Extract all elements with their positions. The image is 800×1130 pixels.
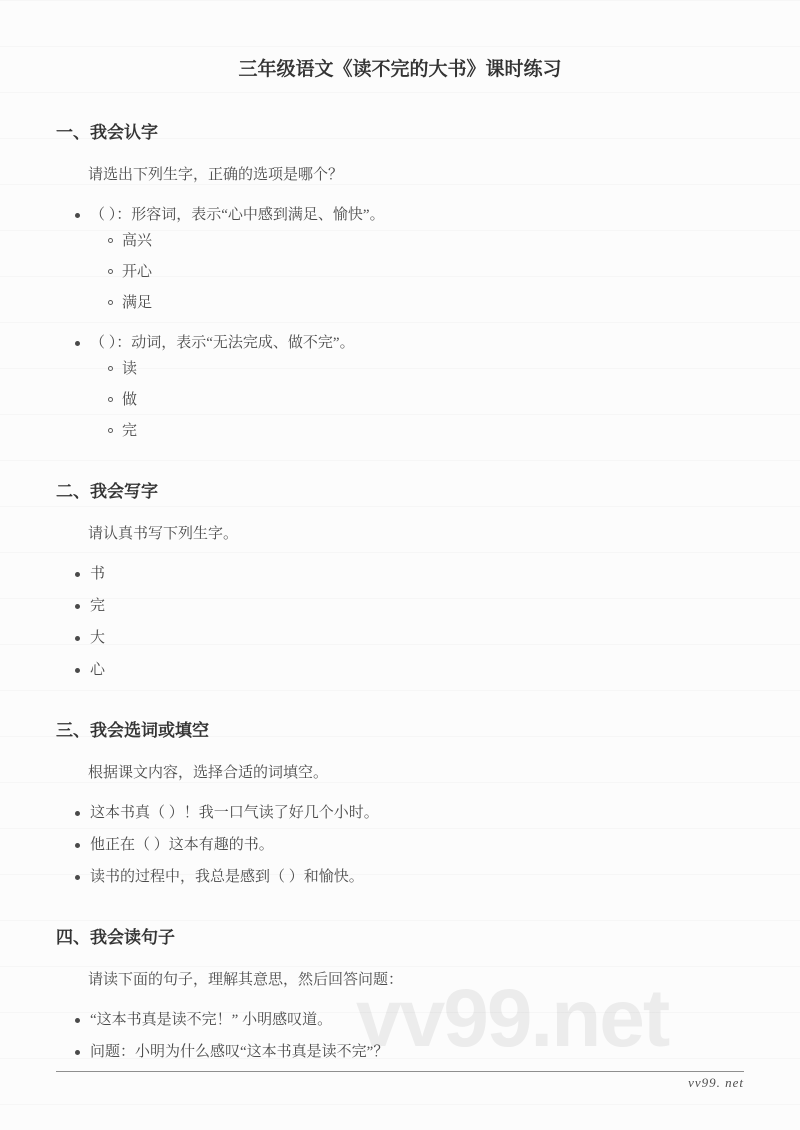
worksheet-section: 一、我会认字 请选出下列生字，正确的选项是哪个？ （ ）：形容词，表示“心中感到…: [56, 122, 744, 441]
list-item: “这本书真是读不完！” 小明感叹道。: [75, 1010, 744, 1030]
section-heading: 四、我会读句子: [56, 927, 744, 949]
item-text: 读书的过程中，我总是感到（ ）和愉快。: [90, 869, 364, 885]
item-text: （ ）：形容词，表示“心中感到满足、愉快”。: [90, 207, 385, 223]
option-text: 满足: [122, 293, 152, 313]
option-item: 满足: [108, 293, 744, 313]
option-list: 读 做 完: [108, 359, 744, 441]
section-heading: 二、我会写字: [56, 481, 744, 503]
bullet-dot-icon: [75, 843, 80, 848]
bullet-circle-icon: [108, 300, 113, 305]
list-item-body: 大: [90, 628, 744, 648]
bullet-dot-icon: [75, 341, 80, 346]
page-title: 三年级语文《读不完的大书》课时练习: [56, 58, 744, 82]
worksheet-section: 三、我会选词或填空 根据课文内容，选择合适的词填空。 这本书真（ ）！我一口气读…: [56, 720, 744, 887]
item-text: 他正在（ ）这本有趣的书。: [90, 837, 274, 853]
section-item-list: 书 完 大 心: [75, 564, 744, 680]
item-text: 完: [90, 598, 105, 614]
section-heading: 一、我会认字: [56, 122, 744, 144]
option-text: 高兴: [122, 231, 152, 251]
option-text: 读: [122, 359, 137, 379]
list-item: 书: [75, 564, 744, 584]
list-item-body: 他正在（ ）这本有趣的书。: [90, 835, 744, 855]
item-text: 书: [90, 566, 105, 582]
worksheet-page: vv99.net 三年级语文《读不完的大书》课时练习 一、我会认字 请选出下列生…: [0, 0, 800, 1130]
list-item-body: 心: [90, 660, 744, 680]
bullet-dot-icon: [75, 1050, 80, 1055]
bullet-dot-icon: [75, 1018, 80, 1023]
option-item: 读: [108, 359, 744, 379]
section-item-list: （ ）：形容词，表示“心中感到满足、愉快”。 高兴 开心 满足 （ ）：动词，表…: [75, 205, 744, 441]
option-text: 做: [122, 390, 137, 410]
worksheet-section: 四、我会读句子 请读下面的句子，理解其意思，然后回答问题： “这本书真是读不完！…: [56, 927, 744, 1062]
worksheet-section: 二、我会写字 请认真书写下列生字。 书 完 大 心: [56, 481, 744, 680]
bullet-circle-icon: [108, 397, 113, 402]
list-item: （ ）：动词，表示“无法完成、做不完”。 读 做 完: [75, 333, 744, 441]
bullet-dot-icon: [75, 604, 80, 609]
list-item-body: （ ）：形容词，表示“心中感到满足、愉快”。 高兴 开心 满足: [90, 205, 744, 313]
option-text: 开心: [122, 262, 152, 282]
bullet-dot-icon: [75, 811, 80, 816]
section-intro: 请选出下列生字，正确的选项是哪个？: [88, 165, 744, 185]
list-item: 心: [75, 660, 744, 680]
bullet-circle-icon: [108, 366, 113, 371]
section-intro: 根据课文内容，选择合适的词填空。: [88, 763, 744, 783]
option-item: 做: [108, 390, 744, 410]
list-item: 大: [75, 628, 744, 648]
list-item-body: 书: [90, 564, 744, 584]
bullet-circle-icon: [108, 269, 113, 274]
section-item-list: “这本书真是读不完！” 小明感叹道。 问题：小明为什么感叹“这本书真是读不完”？: [75, 1010, 744, 1062]
item-text: 这本书真（ ）！我一口气读了好几个小时。: [90, 805, 379, 821]
bullet-dot-icon: [75, 636, 80, 641]
item-text: “这本书真是读不完！” 小明感叹道。: [90, 1012, 332, 1028]
option-item: 高兴: [108, 231, 744, 251]
section-intro: 请读下面的句子，理解其意思，然后回答问题：: [88, 970, 744, 990]
list-item-body: “这本书真是读不完！” 小明感叹道。: [90, 1010, 744, 1030]
item-text: （ ）：动词，表示“无法完成、做不完”。: [90, 335, 355, 351]
list-item: 他正在（ ）这本有趣的书。: [75, 835, 744, 855]
option-item: 完: [108, 421, 744, 441]
item-text: 心: [90, 662, 105, 678]
bullet-circle-icon: [108, 428, 113, 433]
bullet-dot-icon: [75, 213, 80, 218]
option-list: 高兴 开心 满足: [108, 231, 744, 313]
item-text: 问题：小明为什么感叹“这本书真是读不完”？: [90, 1044, 388, 1060]
bullet-dot-icon: [75, 875, 80, 880]
list-item: （ ）：形容词，表示“心中感到满足、愉快”。 高兴 开心 满足: [75, 205, 744, 313]
list-item-body: 读书的过程中，我总是感到（ ）和愉快。: [90, 867, 744, 887]
list-item-body: （ ）：动词，表示“无法完成、做不完”。 读 做 完: [90, 333, 744, 441]
list-item: 问题：小明为什么感叹“这本书真是读不完”？: [75, 1042, 744, 1062]
list-item: 完: [75, 596, 744, 616]
item-text: 大: [90, 630, 105, 646]
option-text: 完: [122, 421, 137, 441]
list-item-body: 这本书真（ ）！我一口气读了好几个小时。: [90, 803, 744, 823]
list-item: 读书的过程中，我总是感到（ ）和愉快。: [75, 867, 744, 887]
footer-divider: vv99. net: [56, 1071, 744, 1091]
list-item-body: 完: [90, 596, 744, 616]
section-heading: 三、我会选词或填空: [56, 720, 744, 742]
list-item-body: 问题：小明为什么感叹“这本书真是读不完”？: [90, 1042, 744, 1062]
list-item: 这本书真（ ）！我一口气读了好几个小时。: [75, 803, 744, 823]
bullet-dot-icon: [75, 668, 80, 673]
footer-site-label: vv99. net: [56, 1075, 744, 1091]
bullet-circle-icon: [108, 238, 113, 243]
section-intro: 请认真书写下列生字。: [88, 524, 744, 544]
section-item-list: 这本书真（ ）！我一口气读了好几个小时。 他正在（ ）这本有趣的书。 读书的过程…: [75, 803, 744, 887]
bullet-dot-icon: [75, 572, 80, 577]
option-item: 开心: [108, 262, 744, 282]
page-content: 三年级语文《读不完的大书》课时练习 一、我会认字 请选出下列生字，正确的选项是哪…: [0, 0, 800, 1062]
sections-container: 一、我会认字 请选出下列生字，正确的选项是哪个？ （ ）：形容词，表示“心中感到…: [56, 122, 744, 1062]
